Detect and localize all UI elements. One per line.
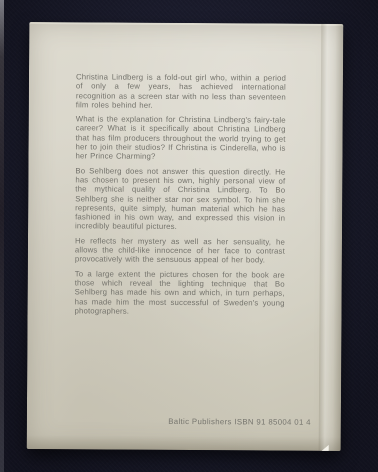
blurb-text-block: Christina Lindberg is a fold-out girl wh… (74, 72, 286, 321)
photo-left-edge (0, 0, 4, 472)
blurb-paragraph-4: He reflects her mystery as well as her s… (75, 236, 285, 265)
blurb-paragraph-3: Bo Sehlberg does not answer this questio… (75, 166, 285, 232)
blurb-paragraph-2: What is the explanation for Christina Li… (75, 115, 285, 163)
blurb-paragraph-1: Christina Lindberg is a fold-out girl wh… (76, 72, 286, 110)
corner-chip (322, 445, 329, 451)
blurb-paragraph-5: To a large extent the pictures chosen fo… (75, 269, 285, 317)
book-back-cover: Christina Lindberg is a fold-out girl wh… (27, 22, 344, 451)
isbn-line: Baltic Publishers ISBN 91 85004 01 4 (168, 417, 311, 427)
photo-background: Christina Lindberg is a fold-out girl wh… (0, 0, 378, 472)
